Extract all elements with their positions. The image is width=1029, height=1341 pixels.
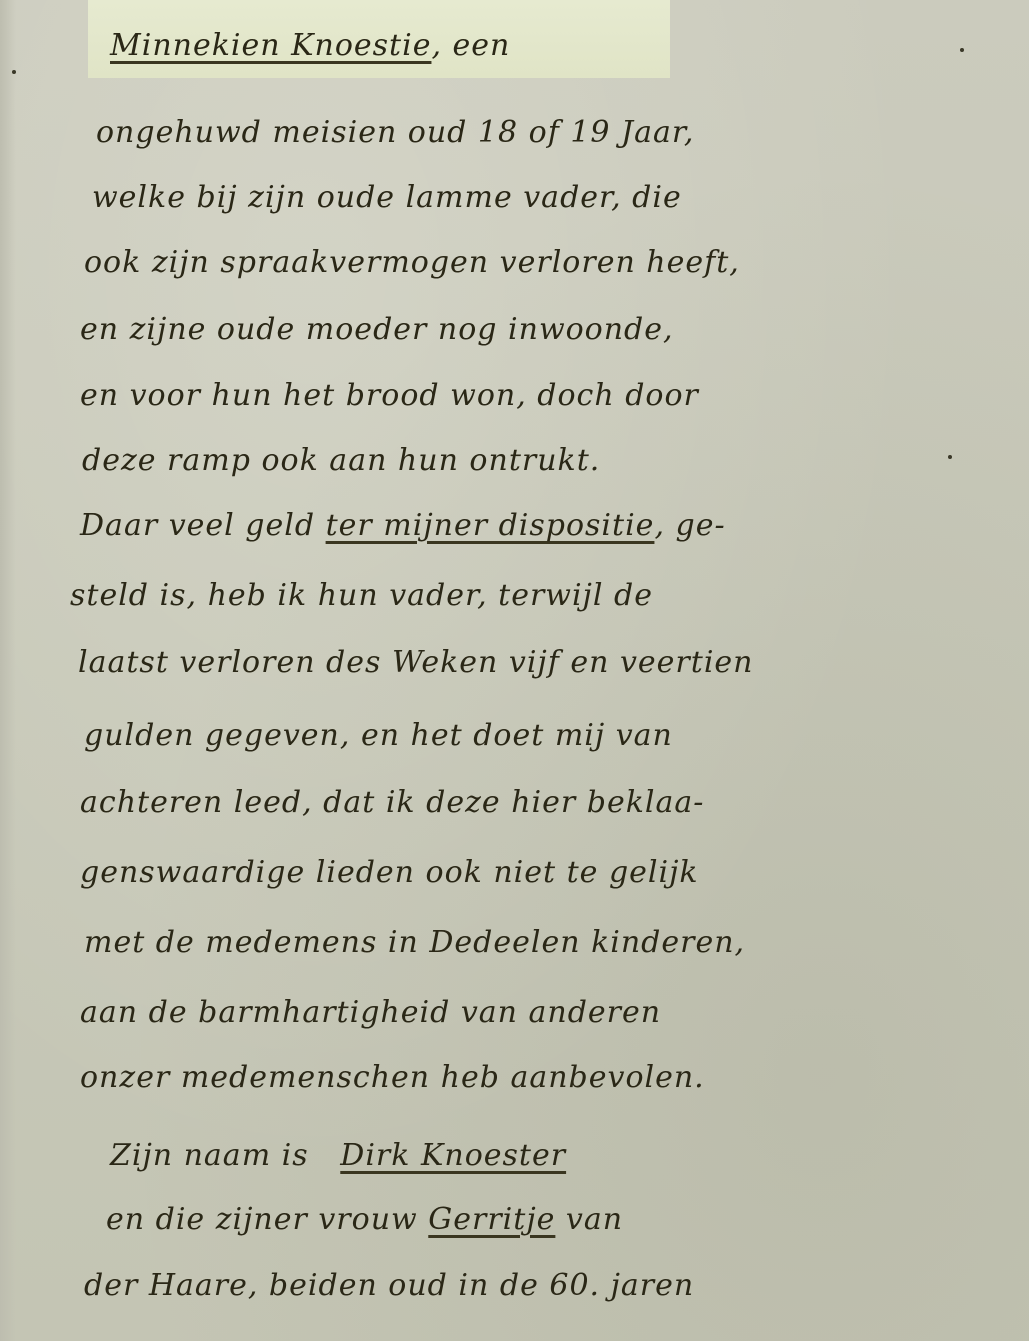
line-15: aan de barmhartigheid van anderen (80, 995, 661, 1030)
underlined-phrase: ter mijner dispositie (326, 508, 655, 543)
line-16: onzer medemenschen heb aanbevolen. (80, 1060, 705, 1095)
ink-spot (12, 70, 16, 74)
line-19: der Haare, beiden oud in de 60. jaren (84, 1268, 694, 1303)
line-18: en die zijner vrouw Gerritje van (106, 1202, 623, 1237)
line-8: Daar veel geld ter mijner dispositie, ge… (80, 508, 726, 543)
line-3: welke bij zijn oude lamme vader, die (92, 180, 682, 215)
highlighted-name: Minnekien Knoestie (110, 28, 431, 63)
line-10: laatst verloren des Weken vijf en veerti… (78, 645, 754, 680)
line-6: en voor hun het brood won, doch door (80, 378, 699, 413)
line-9: steld is, heb ik hun vader, terwijl de (70, 578, 653, 613)
ink-spot (948, 455, 952, 459)
line-7: deze ramp ook aan hun ontrukt. (82, 443, 600, 478)
ink-spot (960, 48, 964, 52)
manuscript-page: Minnekien Knoestie, een ongehuwd meisien… (0, 0, 1029, 1341)
line-13: genswaardige lieden ook niet te gelijk (80, 855, 699, 890)
line-4: ook zijn spraakvermogen verloren heeft, (84, 245, 740, 280)
underlined-name-dirk: Dirk Knoester (340, 1138, 566, 1173)
line-11: gulden gegeven, en het doet mij van (84, 718, 673, 753)
line-14: met de medemens in Dedeelen kinderen, (84, 925, 745, 960)
line-17: Zijn naam is Dirk Knoester (110, 1138, 566, 1173)
line-5: en zijne oude moeder nog inwoonde, (80, 312, 674, 347)
line-1: Minnekien Knoestie, een (110, 28, 510, 63)
underlined-name-gerritje: Gerritje (428, 1202, 555, 1237)
line-2: ongehuwd meisien oud 18 of 19 Jaar, (96, 115, 694, 150)
line-12: achteren leed, dat ik deze hier beklaa- (80, 785, 704, 820)
page-edge-shadow (0, 0, 16, 1341)
